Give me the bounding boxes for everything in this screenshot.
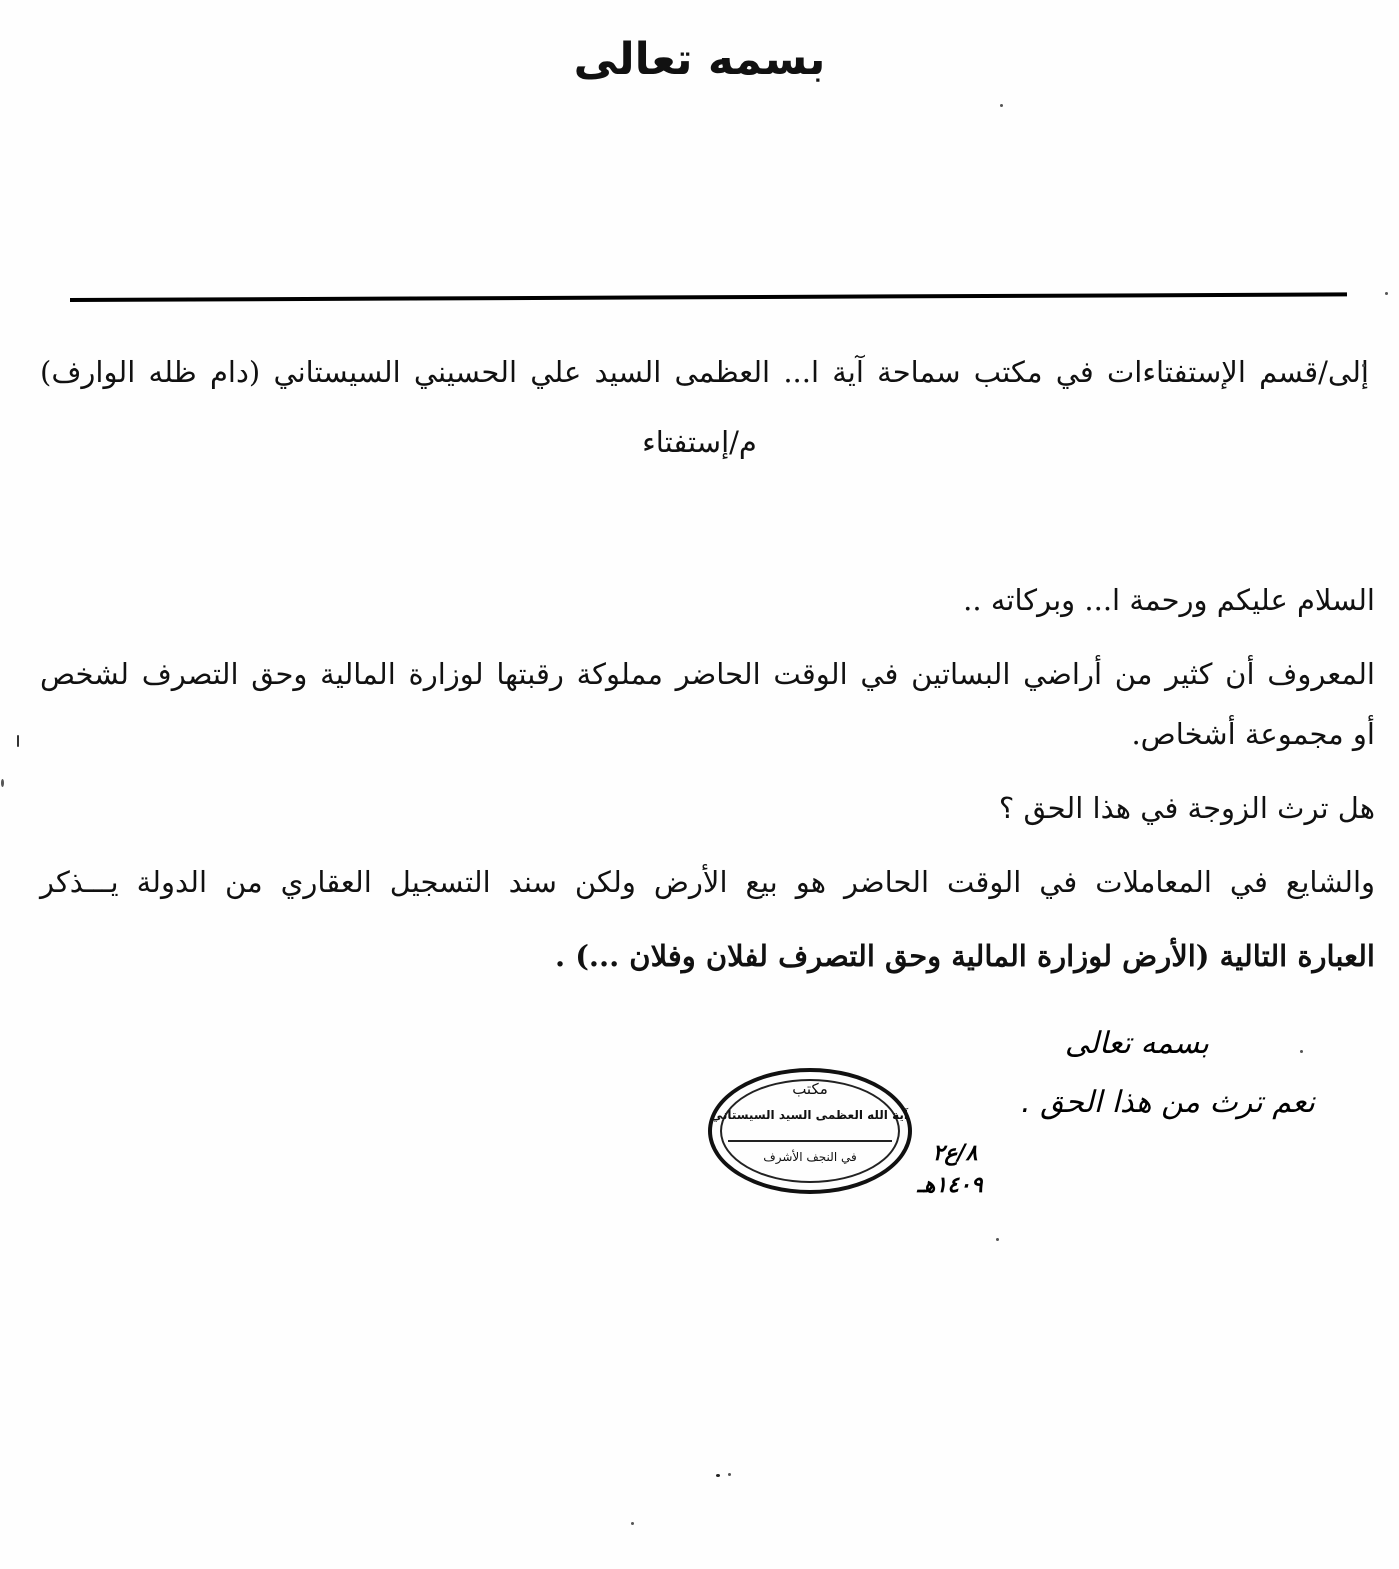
answer-date-year: ١٤٠٩هـ bbox=[905, 1172, 995, 1200]
scanned-document-page: بسمه تعالى إلى/قسم الإستفتاءات في مكتب س… bbox=[0, 0, 1399, 1569]
seal-divider bbox=[728, 1140, 892, 1142]
paragraph-1-line-2: أو مجموعة أشخاص. bbox=[1131, 712, 1375, 756]
scan-speck bbox=[17, 735, 19, 747]
scan-speck bbox=[631, 1522, 634, 1525]
scan-speck bbox=[1362, 364, 1365, 367]
office-seal-stamp: مكتب آية الله العظمى السيد السيستاني في … bbox=[708, 1068, 912, 1194]
scan-speck bbox=[1300, 1050, 1303, 1053]
answer-date-day: ٨/ع٢ bbox=[920, 1140, 990, 1168]
scan-speck bbox=[1385, 292, 1388, 295]
handwritten-answer-text: نعم ترث من هذا الحق . bbox=[1021, 1083, 1315, 1123]
document-header-title: بسمه تعالى bbox=[0, 30, 1399, 90]
paragraph-2-line-1: والشايع في المعاملات في الوقت الحاضر هو … bbox=[40, 860, 1375, 904]
seal-bottom-text: في النجف الأشرف bbox=[712, 1150, 908, 1164]
seal-top-text: مكتب bbox=[712, 1080, 908, 1098]
scan-speck bbox=[1000, 104, 1003, 107]
scan-speck bbox=[728, 1473, 731, 1476]
horizontal-divider bbox=[70, 292, 1347, 302]
paragraph-2-line-2: العبارة التالية (الأرض لوزارة المالية وح… bbox=[555, 934, 1375, 978]
question-line: هل ترث الزوجة في هذا الحق ؟ bbox=[999, 786, 1375, 830]
scan-speck bbox=[716, 1474, 720, 1477]
addressee-line: إلى/قسم الإستفتاءات في مكتب سماحة آية ا.… bbox=[40, 350, 1369, 394]
scan-speck bbox=[1, 779, 4, 787]
scan-speck bbox=[996, 1238, 999, 1241]
seal-middle-text: آية الله العظمى السيد السيستاني bbox=[712, 1108, 908, 1122]
paragraph-1-line-1: المعروف أن كثير من أراضي البساتين في الو… bbox=[40, 652, 1375, 696]
handwritten-answer-heading: بسمه تعالى bbox=[1065, 1024, 1209, 1064]
subject-line: م/إستفتاء bbox=[0, 420, 1399, 464]
greeting-line: السلام عليكم ورحمة ا... وبركاته .. bbox=[963, 578, 1375, 622]
